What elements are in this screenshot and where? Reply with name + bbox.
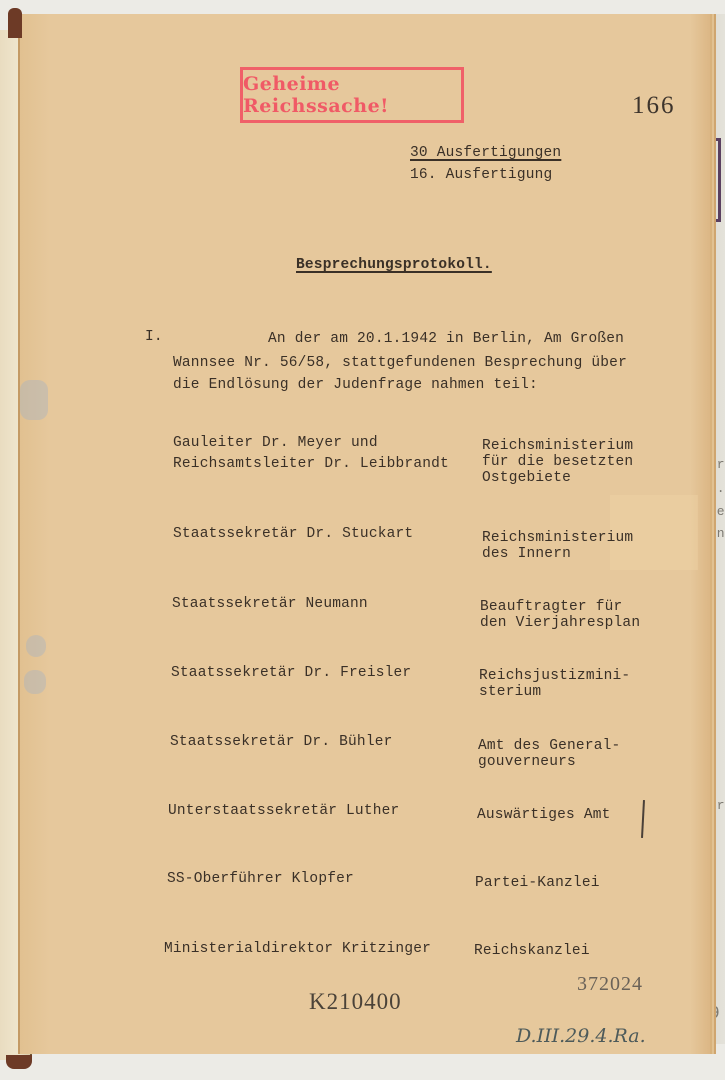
tape-residue — [26, 635, 46, 657]
participant-office: sterium — [479, 684, 541, 701]
adjacent-page-text: g — [709, 775, 717, 793]
adjacent-page-text: se — [709, 503, 725, 521]
document-title: Besprechungsprotokoll. — [296, 257, 492, 274]
participant-office: Reichsministerium — [482, 530, 633, 547]
adjacent-page-text: n — [709, 595, 717, 613]
participant-office: Reichsjustizmini- — [479, 668, 630, 685]
participant-name: Unterstaatssekretär Luther — [168, 803, 399, 820]
participant-office: gouverneurs — [478, 754, 576, 771]
adjacent-page-text: t — [709, 432, 717, 450]
tape-residue — [24, 670, 46, 694]
participant-office: für die besetzten — [482, 454, 633, 471]
participant-name: Reichsamtsleiter Dr. Leibbrandt — [173, 456, 449, 473]
participant-office: Partei-Kanzlei — [475, 875, 600, 892]
intro-line: die Endlösung der Judenfrage nahmen teil… — [173, 377, 538, 394]
participant-name: Ministerialdirektor Kritzinger — [164, 941, 431, 958]
participant-name: SS-Oberführer Klopfer — [167, 871, 354, 888]
adjacent-page-text: en — [709, 525, 725, 543]
secret-classification-stamp: Geheime Reichssache! — [240, 67, 464, 123]
binder-clip-top — [8, 8, 22, 38]
archive-number-right: 372024 — [577, 973, 643, 996]
archive-number-left: K210400 — [309, 989, 402, 1015]
adjacent-page-text: er — [709, 456, 725, 474]
participant-name: Staatssekretär Neumann — [172, 596, 368, 613]
adjacent-page-text: er — [709, 797, 725, 815]
participant-name: Staatssekretär Dr. Stuckart — [173, 526, 413, 543]
intro-line: Wannsee Nr. 56/58, stattgefundenen Bespr… — [173, 355, 627, 372]
tape-residue — [20, 380, 48, 420]
participant-name: Gauleiter Dr. Meyer und — [173, 435, 378, 452]
adjacent-page-text: 9 — [709, 1005, 720, 1023]
section-marker: I. — [145, 329, 163, 346]
participant-office: des Innern — [482, 546, 571, 563]
participant-office: Reichsministerium — [482, 438, 633, 455]
participant-name: Staatssekretär Dr. Freisler — [171, 665, 411, 682]
participant-name: Staatssekretär Dr. Bühler — [170, 734, 393, 751]
participant-office: Beauftragter für — [480, 599, 622, 616]
binder-clip-bottom — [6, 1055, 32, 1069]
participant-office: Auswärtiges Amt — [477, 807, 611, 824]
participant-office: Ostgebiete — [482, 470, 571, 487]
adjacent-page-text: s. — [709, 480, 725, 498]
copies-total: 30 Ausfertigungen — [410, 145, 561, 162]
intro-line: An der am 20.1.1942 in Berlin, Am Großen — [268, 331, 624, 348]
participant-office: Reichskanzlei — [474, 943, 590, 960]
participant-office: Amt des General- — [478, 738, 620, 755]
adjacent-page-text: e — [709, 617, 717, 635]
handwritten-note: D.III.29.4.Ra. — [516, 1025, 646, 1047]
copy-number: 16. Ausfertigung — [410, 167, 552, 184]
participant-office: den Vierjahresplan — [480, 615, 640, 632]
page-number: 166 — [632, 92, 676, 120]
